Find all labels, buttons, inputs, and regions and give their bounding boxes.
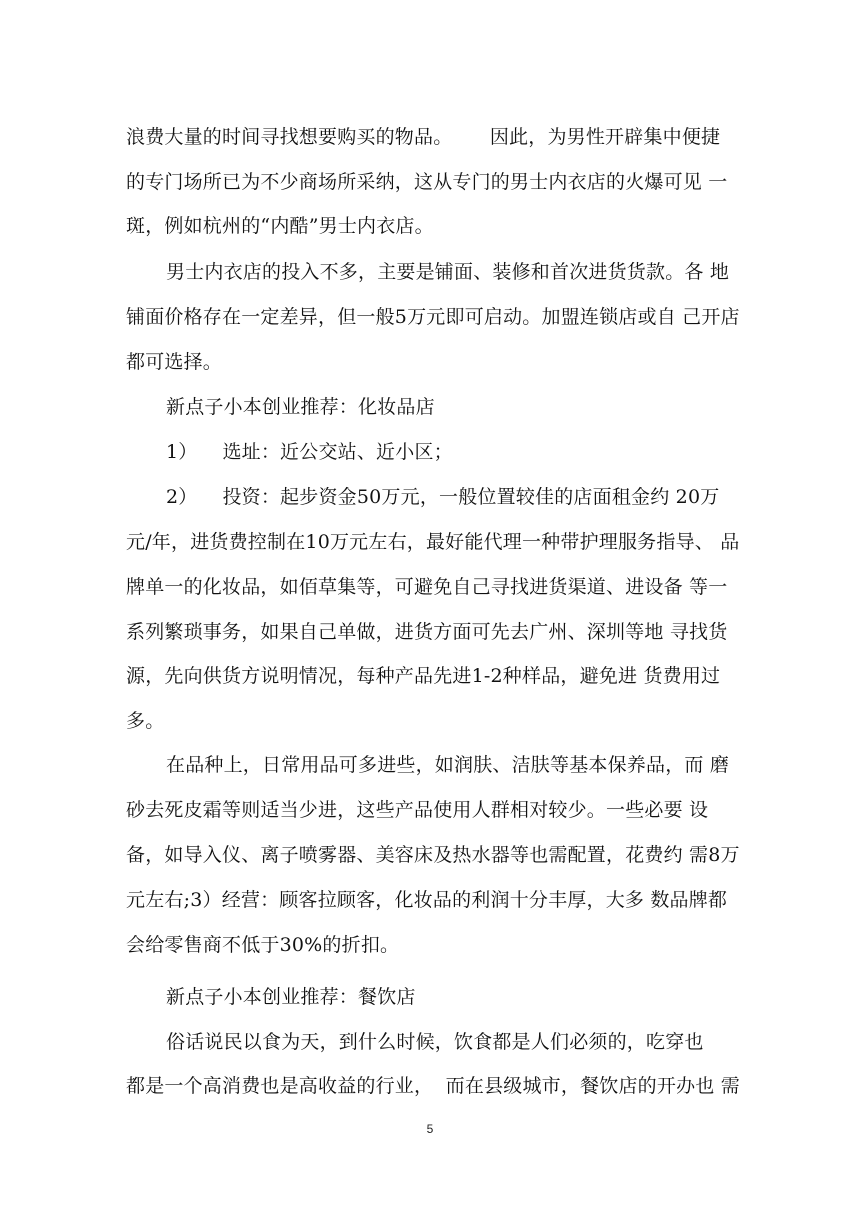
text-line: 元/年，进货费控制在10万元左右，最好能代理一种带护理服务指导、 品 [126, 530, 739, 554]
text-line: 砂去死皮霜等则适当少进，这些产品使用人群相对较少。一些必要 设 [126, 798, 708, 822]
text-line: 源，先向供货方说明情况，每种产品先进1-2种样品，避免进 货费用过 [126, 664, 720, 688]
text-line: 俗话说民以食为天，到什么时候，饮食都是人们必须的，吃穿也 [166, 1030, 704, 1054]
text-line: 浪费大量的时间寻找想要购买的物品。 因此，为男性开辟集中便捷 [126, 125, 720, 149]
text-line: 都可选择。 [126, 350, 222, 374]
text-line: 的专门场所已为不少商场所采纳，这从专门的男士内衣店的火爆可见 一 [126, 170, 727, 194]
text-line: 牌单一的化妆品，如佰草集等，可避免自己寻找进货渠道、进设备 等一 [126, 575, 727, 599]
text-line: 斑，例如杭州的“内酷”男士内衣店。 [126, 214, 434, 238]
document-page: 浪费大量的时间寻找想要购买的物品。 因此，为男性开辟集中便捷 的专门场所已为不少… [0, 0, 860, 1218]
text-line: 系列繁琐事务，如果自己单做，进货方面可先去广州、深圳等地 寻找货 [126, 620, 727, 644]
page-number: 5 [0, 1122, 860, 1136]
text-line: 男士内衣店的投入不多，主要是铺面、装修和首次进货货款。各 地 [166, 260, 729, 284]
text-line: 铺面价格存在一定差异，但一般5万元即可启动。加盟连锁店或自 己开店 [126, 305, 740, 329]
list-item: 1） 选址：近公交站、近小区； [166, 440, 453, 464]
text-line: 备，如导入仪、离子喷雾器、美容床及热水器等也需配置，花费约 需8万 [126, 843, 740, 867]
section-heading: 新点子小本创业推荐：餐饮店 [166, 985, 416, 1009]
section-heading: 新点子小本创业推荐：化妆品店 [166, 395, 435, 419]
text-line: 都是一个高消费也是高收益的行业， 而在县级城市，餐饮店的开办也 需 [126, 1074, 740, 1098]
text-line: 在品种上，日常用品可多进些，如润肤、洁肤等基本保养品，而 磨 [166, 753, 729, 777]
list-item: 2） 投资：起步资金50万元，一般位置较佳的店面租金约 20万 [166, 485, 719, 509]
text-line: 元左右;3）经营：顾客拉顾客，化妆品的利润十分丰厚，大多 数品牌都 [126, 888, 727, 912]
text-line: 多。 [126, 709, 164, 733]
text-line: 会给零售商不低于30%的折扣。 [126, 933, 399, 957]
